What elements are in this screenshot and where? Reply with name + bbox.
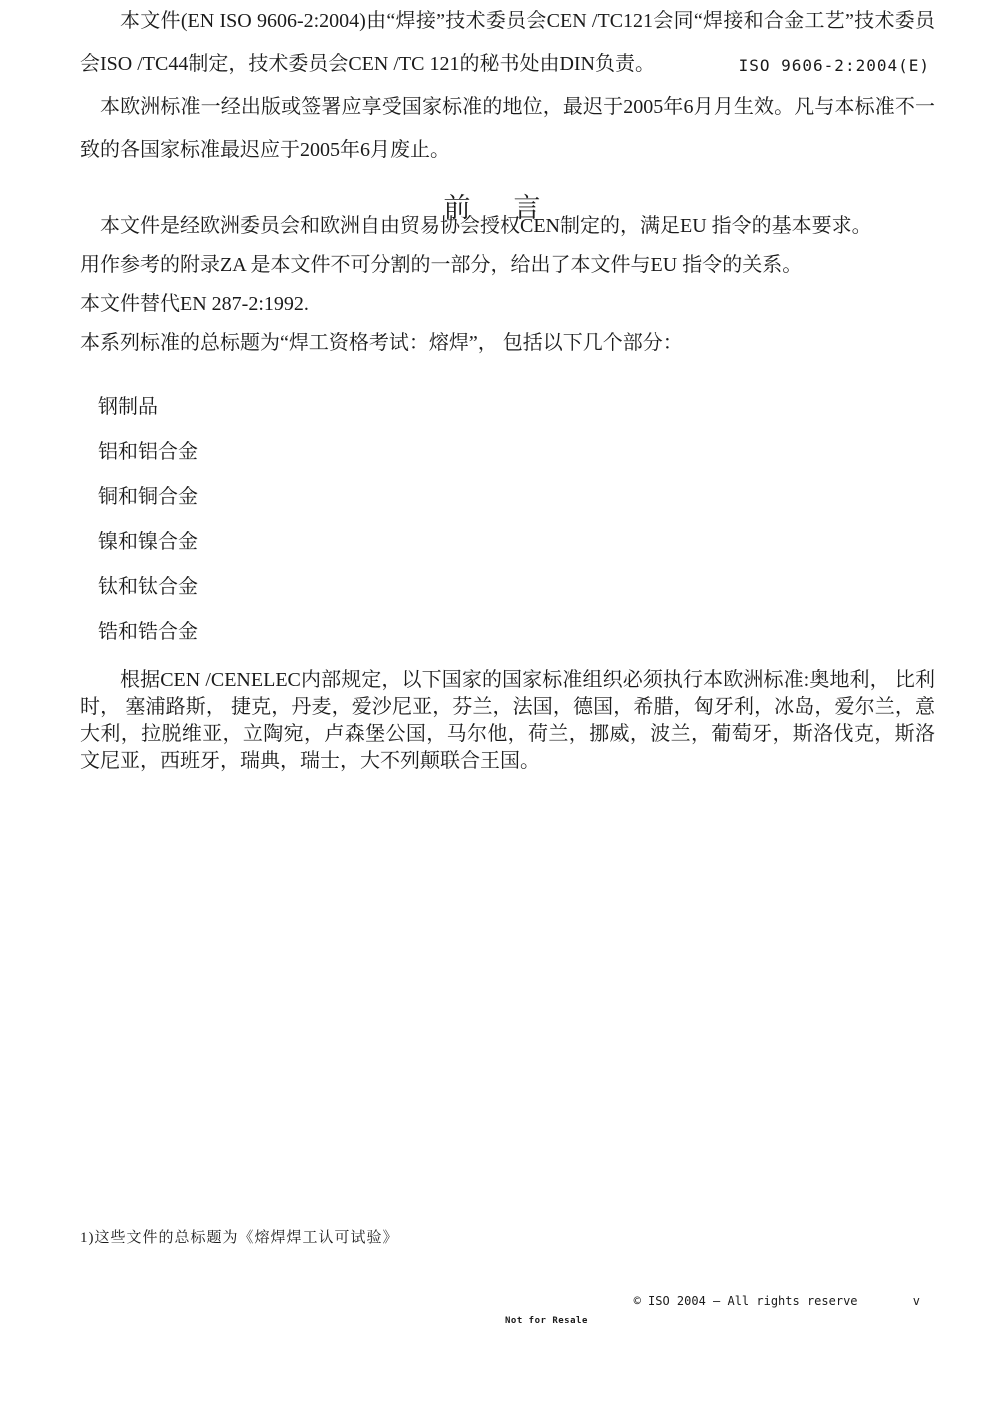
list-item-zirconium: 锆和锆合金: [98, 622, 935, 642]
page-number: v: [913, 1294, 920, 1308]
paragraph-group-eu: 本文件是经欧洲委员会和欧洲自由贸易协会授权CEN制定的，满足EU 指令的基本要求…: [80, 207, 935, 363]
list-item-titanium: 钛和钛合金: [98, 577, 935, 597]
line-annex-za: 用作参考的附录ZA 是本文件不可分割的一部分，给出了本文件与EU 指令的关系。: [80, 246, 935, 285]
list-item-copper: 铜和铜合金: [98, 487, 935, 507]
copyright-notice: © ISO 2004 – All rights reserve: [634, 1294, 858, 1308]
paragraph-committee: 本文件(EN ISO 9606-2:2004)由“焊接”技术委员会CEN /TC…: [80, 0, 935, 86]
footnote: 1)这些文件的总标题为《熔焊焊工认可试验》: [80, 1226, 399, 1247]
line-eu-directive: 本文件是经欧洲委员会和欧洲自由贸易协会授权CEN制定的，满足EU 指令的基本要求…: [80, 207, 935, 246]
page-footer: © ISO 2004 – All rights reserve v: [0, 1294, 920, 1308]
parts-list: 钢制品 铝和铝合金 铜和铜合金 镍和镍合金 钛和钛合金 锆和锆合金: [80, 397, 935, 642]
paragraph-national-status: 本欧洲标准一经出版或签署应享受国家标准的地位，最迟于2005年6月月生效。凡与本…: [80, 86, 935, 172]
resale-watermark: Not for Resale: [505, 1316, 588, 1326]
line-series-title: 本系列标准的总标题为“焊工资格考试：熔焊”， 包括以下几个部分：: [80, 324, 935, 363]
list-item-aluminium: 铝和铝合金: [98, 442, 935, 462]
list-item-steels: 钢制品: [98, 397, 935, 417]
line-replaces-en287: 本文件替代EN 287-2:1992.: [80, 285, 935, 324]
document-page: ISO 9606-2:2004(E) 前 言 本文件(EN ISO 9606-2…: [0, 0, 992, 1403]
paragraph-member-countries: 根据CEN /CENELEC内部规定，以下国家的国家标准组织必须执行本欧洲标准:…: [80, 667, 935, 775]
document-body: 本文件(EN ISO 9606-2:2004)由“焊接”技术委员会CEN /TC…: [80, 0, 935, 775]
list-item-nickel: 镍和镍合金: [98, 532, 935, 552]
